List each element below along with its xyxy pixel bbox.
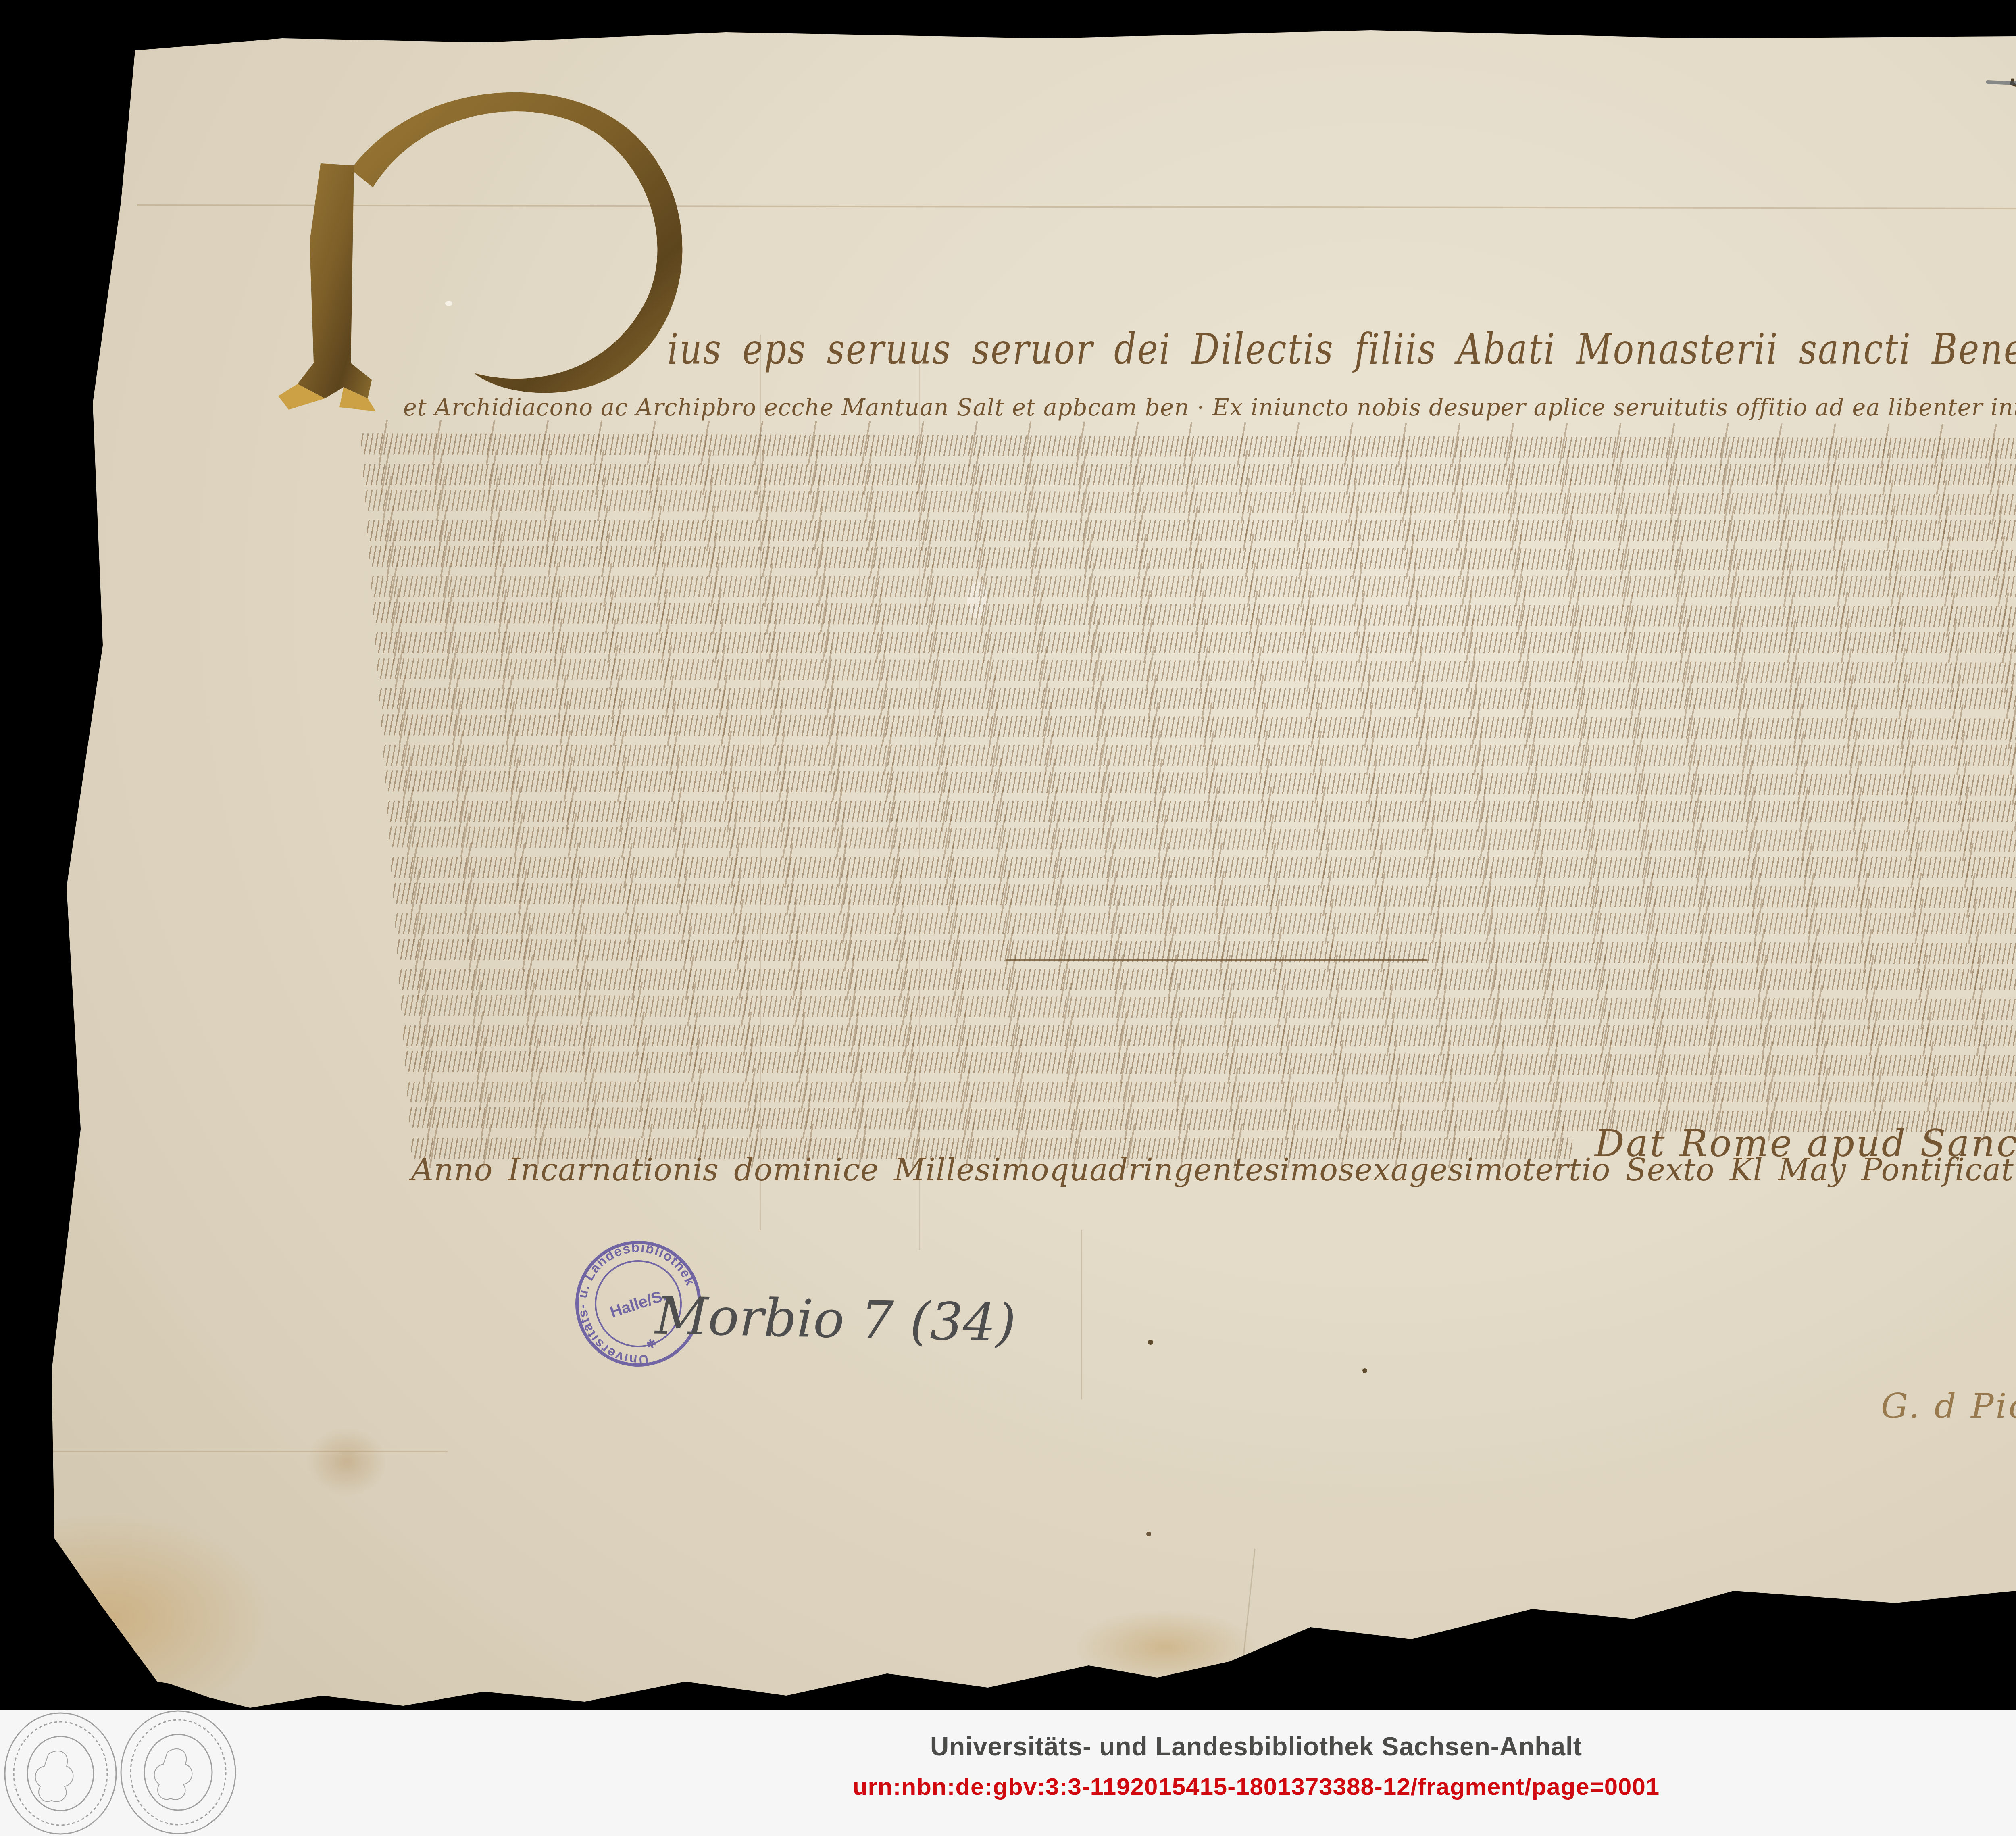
library-name: Universitäts- und Landesbibliothek Sachs…: [0, 1732, 2016, 1761]
line-filler-stroke: [1006, 959, 1427, 961]
horizontal-crease: [52, 1451, 448, 1452]
manuscript-date-line: Anno Incarnationis dominice Millesimoqua…: [411, 1152, 2016, 1188]
manuscript-opening-line: ius eps seruus seruor dei Dilectis filii…: [667, 325, 2016, 374]
manuscript-second-line: et Archidiacono ac Archipbro ecche Mantu…: [403, 394, 2016, 421]
parchment-wrapper: ius eps seruus seruor dei Dilectis filii…: [0, 0, 2016, 1836]
urn-identifier: urn:nbn:de:gbv:3:3-1192015415-1801373388…: [0, 1773, 2016, 1801]
pin-hole: [1362, 1368, 1367, 1373]
shelfmark-note: Morbio 7 (34): [655, 1286, 1017, 1354]
illuminated-initial-p: [250, 32, 734, 436]
vertical-crease: [1241, 1549, 1255, 1669]
vertical-crease: [1081, 1230, 1082, 1399]
pin-hole: [1146, 1532, 1151, 1536]
spot-stain: [306, 1428, 387, 1496]
cancelled-archive-number: 34: [2009, 46, 2016, 99]
worn-edge-stain: [24, 1512, 274, 1722]
chancery-signature: G. d Picolomini: [1881, 1386, 2016, 1426]
footer-center-block: Universitäts- und Landesbibliothek Sachs…: [0, 1710, 2016, 1801]
parchment-sheet: ius eps seruus seruor dei Dilectis filii…: [0, 0, 2016, 1836]
bottom-stain: [1073, 1609, 1258, 1686]
scan-page: ius eps seruus seruor dei Dilectis filii…: [0, 0, 2016, 1836]
pin-hole: [1148, 1340, 1153, 1345]
viewer-footer-bar: Universitäts- und Landesbibliothek Sachs…: [0, 1710, 2016, 1836]
